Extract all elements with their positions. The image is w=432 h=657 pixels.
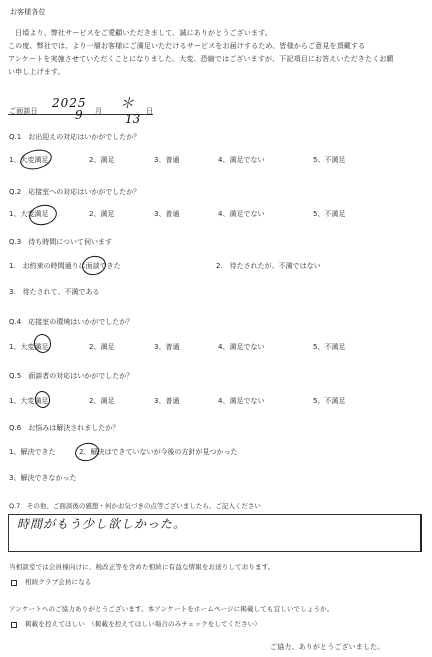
q3-selection-mark [80,254,107,278]
handwritten-day: 13 [125,112,140,126]
club-membership-label: 相続クラブ会員になる [25,579,92,587]
comment-box[interactable]: 時間がもう少し欲しかった。 [8,514,422,552]
q5-selection-mark [33,390,51,410]
intro-line-2: この度、弊社では、より一層お客様にご満足いただけるサービスをお届けするため、皆様… [8,42,365,50]
q6-option-2[interactable]: 2、解決はできていないが今後の方針が見つかった [79,448,237,456]
q2-option-5[interactable]: 5、不満足 [313,210,345,218]
question-1-label: Q.1 お出迎えの対応はいかがでしたか？ [9,133,140,141]
intro-line-4: い申し上げます。 [8,68,65,76]
question-5-label: Q.5 面談者の対応はいかがでしたか？ [9,372,133,380]
q5-option-3[interactable]: 3、普通 [154,397,179,405]
handwritten-day-struck: ＊ [120,96,134,113]
q3-option-2[interactable]: 2. 待たされたが、不満ではない [216,262,321,270]
q5-option-4[interactable]: 4、満足でない [218,397,264,405]
q6-selection-mark [73,441,100,464]
thanks-message: ご協力、ありがとうございました。 [270,643,384,651]
publish-info-text: アンケートへのご協力ありがとうございます。本アンケートをホームページに掲載しても… [9,606,333,614]
q1-option-3[interactable]: 3、普通 [154,156,179,164]
q1-option-2[interactable]: 2、満足 [89,156,114,164]
club-info-text: 当相談室では会員様向けに、税改正等を含めた相続に有益な情報をお送りしております。 [9,564,274,572]
q1-option-4[interactable]: 4、満足でない [218,156,264,164]
q2-selection-mark [27,202,59,227]
question-4-label: Q.4 応接室の環境はいかがでしたか？ [9,318,133,326]
q2-option-3[interactable]: 3、普通 [154,210,179,218]
q1-option-5[interactable]: 5、不満足 [313,156,345,164]
q6-option-1[interactable]: 1、解決できた [9,448,55,456]
q3-option-3[interactable]: 3. 待たされて、不満である [9,288,100,296]
question-3-label: Q.3 待ち時間について伺います [9,238,112,246]
intro-line-3: アンケートを実施させていただくことになりました。大変、恐縮ではございますが、下記… [8,55,394,63]
question-7-label: Q.7 その他、ご面談後の感想・何かお気づきの点等ございましたら、ご記入ください [9,503,261,511]
q5-option-2[interactable]: 2、満足 [89,397,114,405]
handwritten-month: 9 [75,108,83,122]
question-6-label: Q.6 お悩みは解決されましたか？ [9,424,119,432]
q5-option-5[interactable]: 5、不満足 [313,397,345,405]
question-2-label: Q.2 応接室への対応はいかがでしたか？ [9,188,140,196]
q1-selection-mark [18,147,53,172]
q2-option-4[interactable]: 4、満足でない [218,210,264,218]
q4-option-4[interactable]: 4、満足でない [218,343,264,351]
q6-option-3[interactable]: 3、解決できなかった [9,474,76,482]
q4-option-5[interactable]: 5、不満足 [313,343,345,351]
salutation: お客様各位 [10,8,46,16]
publish-opt-out-label: 掲載を控えてほしい （掲載を控えてほしい場合のみチェックをしてください） [25,621,261,629]
club-membership-checkbox[interactable] [11,580,17,586]
publish-opt-out-checkbox[interactable] [11,622,17,628]
q2-option-2[interactable]: 2、満足 [89,210,114,218]
comment-handwritten-text: 時間がもう少し欲しかった。 [17,517,186,531]
q4-option-3[interactable]: 3、普通 [154,343,179,351]
q4-option-2[interactable]: 2、満足 [89,343,114,351]
intro-line-1: 日頃より、弊社サービスをご愛顧いただきまして、誠にありがとうございます。 [8,29,272,37]
